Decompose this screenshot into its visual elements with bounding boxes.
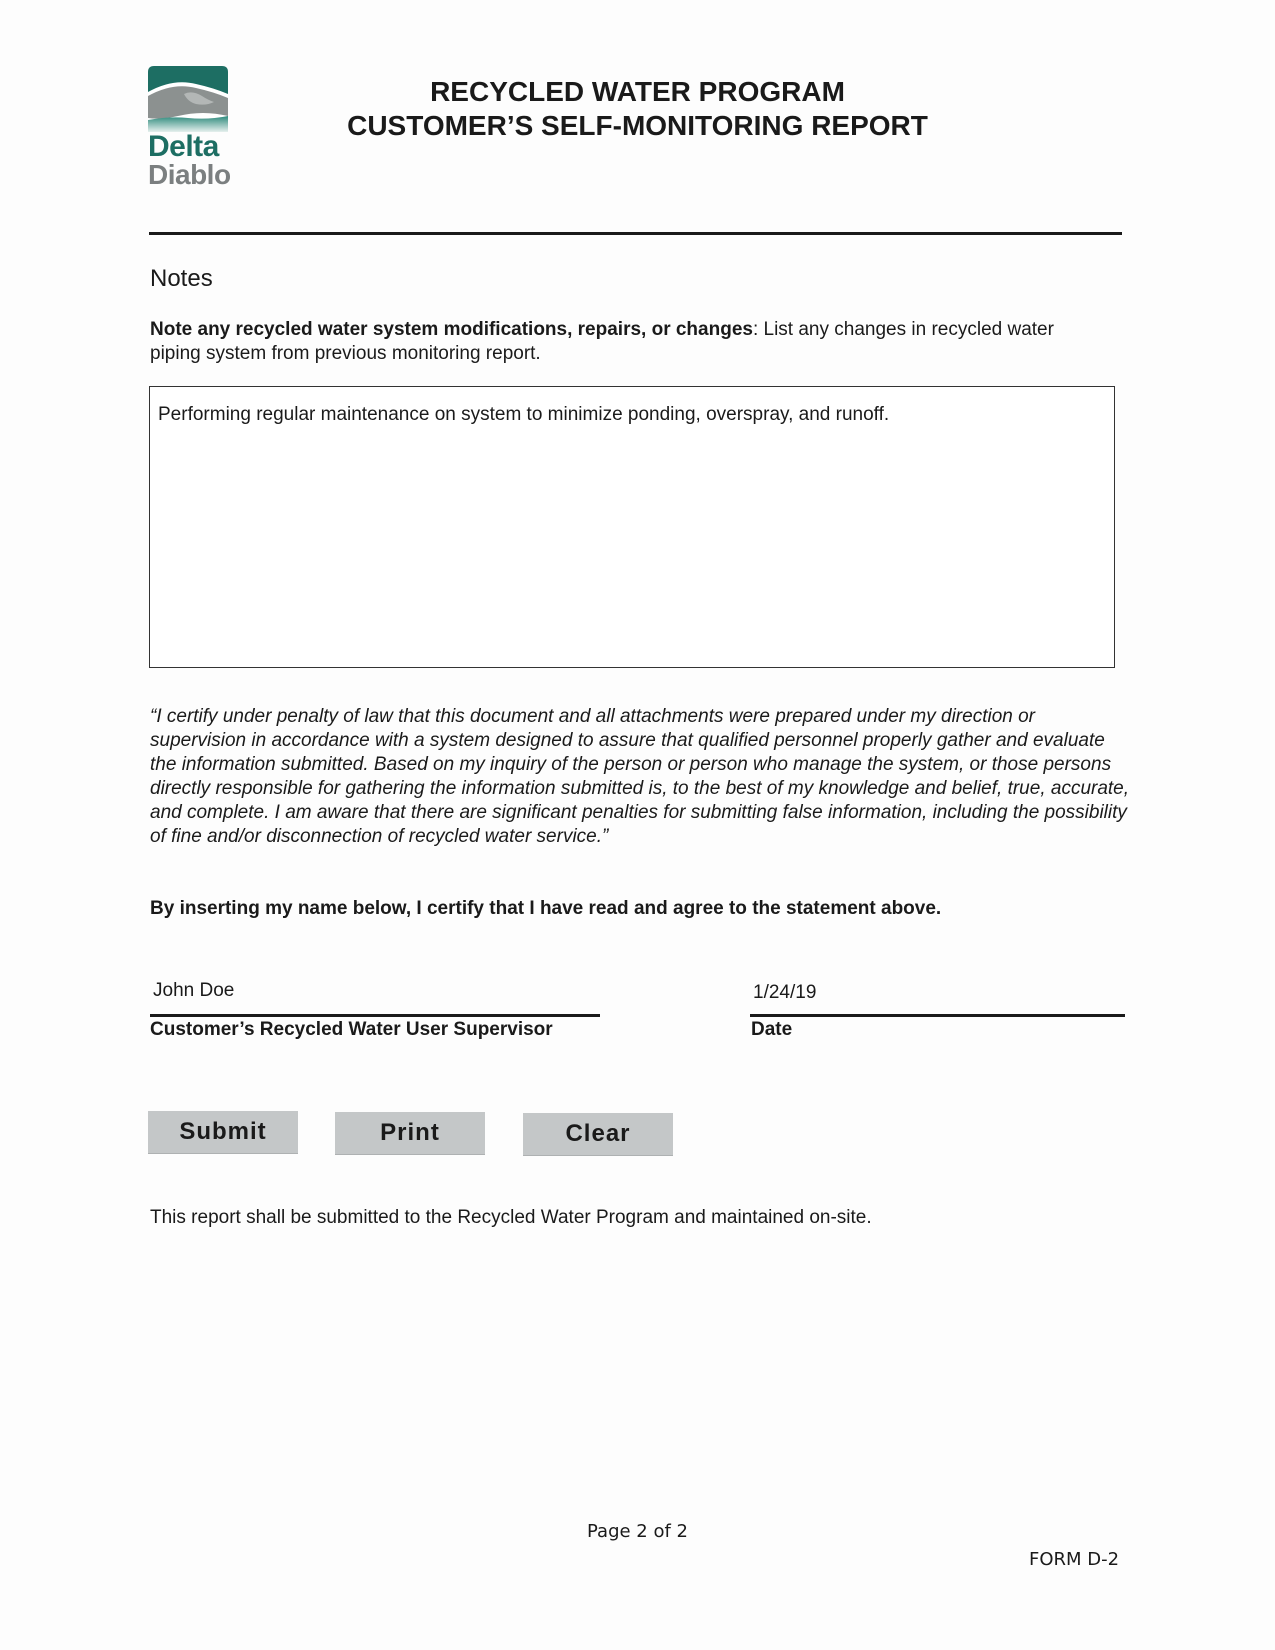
agreement-statement: By inserting my name below, I certify th… <box>150 898 941 920</box>
print-button[interactable]: Print <box>335 1112 485 1154</box>
title-line-2: CUSTOMER’S SELF-MONITORING REPORT <box>300 109 975 143</box>
instructions-bold: Note any recycled water system modificat… <box>150 319 753 340</box>
submission-note: This report shall be submitted to the Re… <box>150 1207 872 1229</box>
title-line-1: RECYCLED WATER PROGRAM <box>300 75 975 109</box>
date-field[interactable] <box>750 980 1126 1006</box>
notes-heading: Notes <box>150 265 213 293</box>
logo-text-delta: Delta <box>148 132 219 162</box>
date-label: Date <box>751 1019 792 1041</box>
mountain-water-icon <box>148 66 228 132</box>
submit-button[interactable]: Submit <box>148 1111 298 1153</box>
logo-text-diablo: Diablo <box>148 161 231 189</box>
date-underline <box>750 1014 1125 1017</box>
page-number: Page 2 of 2 <box>587 1521 688 1542</box>
header-divider <box>149 232 1122 235</box>
name-underline <box>150 1014 600 1017</box>
notes-instructions: Note any recycled water system modificat… <box>150 318 1100 366</box>
delta-diablo-logo: Delta Diablo <box>148 66 228 190</box>
page-title: RECYCLED WATER PROGRAM CUSTOMER’S SELF-M… <box>300 75 975 143</box>
form-id: FORM D-2 <box>1029 1549 1119 1570</box>
clear-button[interactable]: Clear <box>523 1113 673 1155</box>
supervisor-name-label: Customer’s Recycled Water User Superviso… <box>150 1019 553 1041</box>
supervisor-name-field[interactable] <box>150 978 602 1004</box>
certification-statement: “I certify under penalty of law that thi… <box>150 705 1130 849</box>
notes-textarea[interactable]: Performing regular maintenance on system… <box>149 386 1115 668</box>
